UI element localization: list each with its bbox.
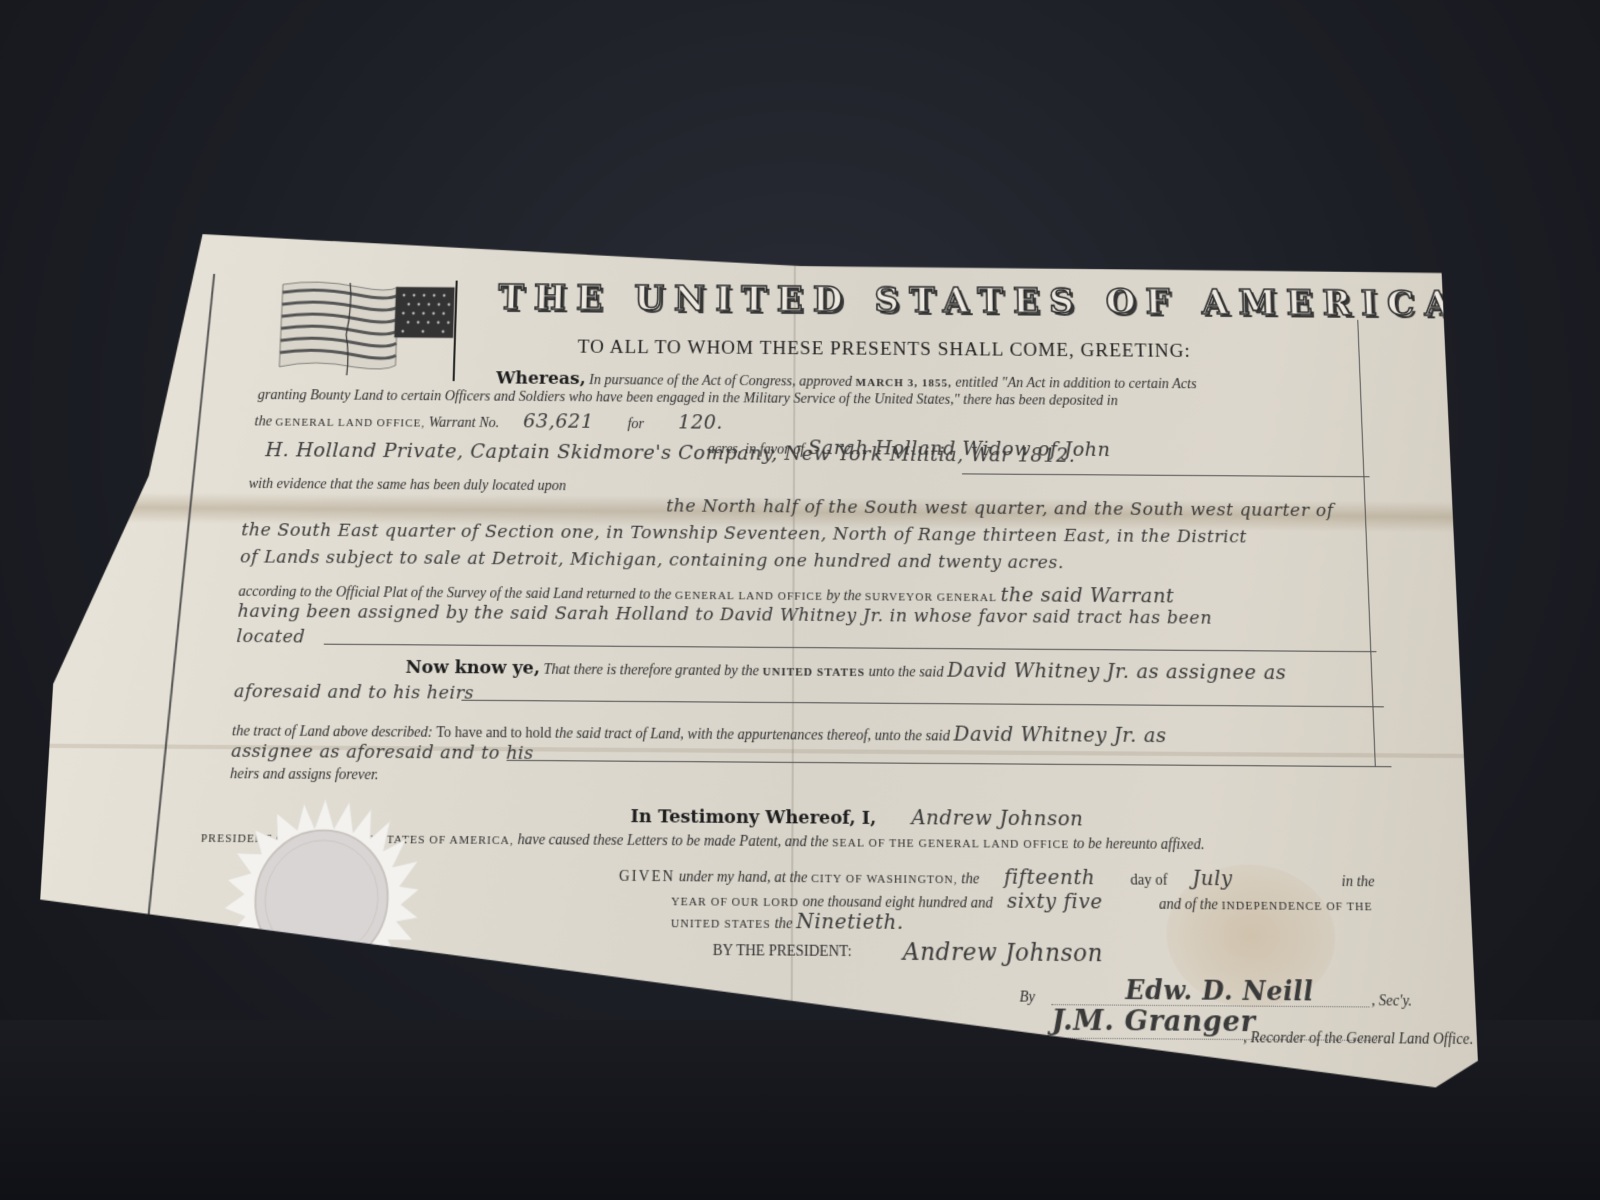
american-flag-icon [273, 274, 468, 386]
fill-rule [324, 644, 1377, 653]
independence-line: UNITED STATES the Ninetieth. [671, 909, 904, 935]
grantee-continued: H. Holland Private, Captain Skidmore's C… [265, 439, 1076, 467]
recorded-volume: 175 [235, 956, 276, 981]
location-line-3: of Lands subject to sale at Detroit, Mic… [240, 547, 1064, 574]
general-land-office-seal-icon [220, 798, 422, 1002]
right-border-rule [1357, 320, 1376, 766]
warrant-line: the GENERAL LAND OFFICE, Warrant No. 63,… [254, 408, 723, 434]
land-patent-document: THE UNITED STATES OF AMERICA, TO ALL TO … [30, 233, 1480, 1087]
recorder-title: , Recorder of the General Land Office. [1243, 1030, 1474, 1050]
president-name-handwritten: Andrew Johnson [911, 806, 1083, 831]
now-know-ye-line: Now know ye, That there is therefore gra… [405, 655, 1286, 685]
whereas-label: Whereas, [496, 368, 586, 389]
by-label: By [1019, 989, 1035, 1007]
assignee-name-2: David Whitney Jr. as [953, 722, 1166, 747]
acres-value: 120. [678, 411, 723, 434]
year-value: sixty five [1007, 889, 1103, 914]
general-land-office: GENERAL LAND OFFICE, [275, 416, 425, 429]
by-the-president: BY THE PRESIDENT: [713, 943, 852, 962]
day-value: fifteenth [1004, 865, 1096, 890]
assignee-2-continued: assignee as aforesaid and to his [231, 741, 534, 765]
assignment-end: located [236, 626, 306, 648]
assignee-continued: aforesaid and to his heirs [233, 681, 474, 704]
secretary-signature: Edw. D. Neill [1125, 974, 1314, 1008]
recorder-signature: J.M. Granger [1051, 1004, 1256, 1039]
month-value: July [1192, 866, 1233, 890]
warrant-number: 63,621 [523, 410, 594, 433]
brace-mark: } [431, 957, 452, 1006]
secretary-title: , Sec'y. [1371, 993, 1412, 1011]
recorded-line: RECORDED, VOL. 175 PAGE 311 [104, 955, 362, 981]
heirs-forever: heirs and assigns forever. [230, 766, 379, 784]
evidence-label: with evidence that the same has been dul… [248, 477, 566, 496]
testimony-line: In Testimony Whereof, I, Andrew Johnson [630, 804, 1083, 831]
fill-rule [962, 473, 1370, 477]
independence-year: Ninetieth. [796, 909, 904, 934]
act-date: MARCH 3, 1855, [856, 377, 952, 390]
fill-rule [461, 700, 1383, 708]
document-title: THE UNITED STATES OF AMERICA, [498, 278, 1323, 324]
president-signature: Andrew Johnson [903, 939, 1104, 968]
assignee-name: David Whitney Jr. as assignee as [947, 659, 1287, 685]
recorded-page: 311 [321, 957, 362, 982]
assignment-start: the said Warrant [1000, 583, 1174, 607]
fill-rule [507, 760, 1392, 767]
greeting: TO ALL TO WHOM THESE PRESENTS SHALL COME… [577, 337, 1191, 363]
